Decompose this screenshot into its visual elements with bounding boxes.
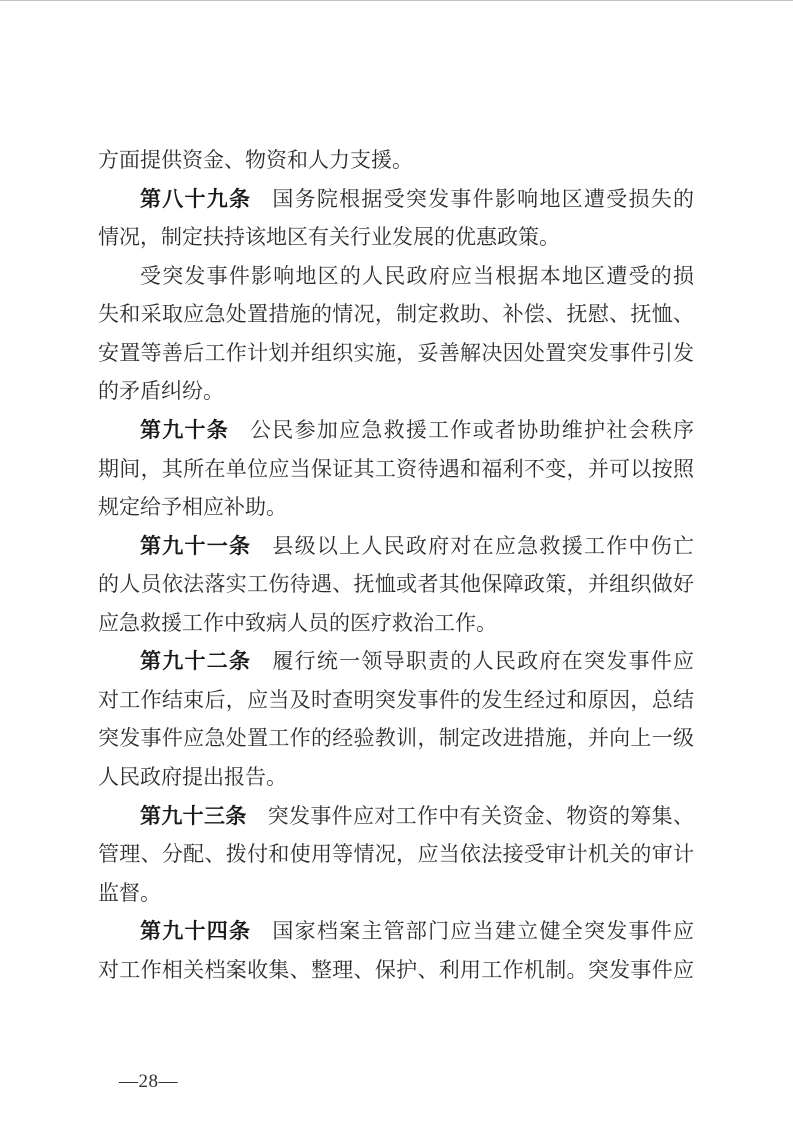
line-text: 方面提供资金、物资和人力支援。 — [98, 148, 413, 172]
text-line: 失和采取应急处置措施的情况，制定救助、补偿、抚慰、抚恤、 — [98, 295, 694, 334]
line-text: 国家档案主管部门应当建立健全突发事件应 — [272, 919, 694, 943]
text-line: 的人员依法落实工伤待遇、抚恤或者其他保障政策，并组织做好 — [98, 565, 694, 604]
line-text: 受突发事件影响地区的人民政府应当根据本地区遭受的损 — [140, 264, 694, 288]
line-text: 规定给予相应补助。 — [98, 495, 287, 519]
text-line: 第九十一条县级以上人民政府对在应急救援工作中伤亡 — [98, 527, 694, 566]
line-text: 履行统一领导职责的人民政府在突发事件应 — [272, 649, 694, 673]
line-text: 监督。 — [98, 881, 161, 905]
text-line: 受突发事件影响地区的人民政府应当根据本地区遭受的损 — [98, 257, 694, 296]
text-line: 第九十四条国家档案主管部门应当建立健全突发事件应 — [98, 912, 694, 951]
article-number: 第九十一条 — [140, 534, 251, 558]
text-line: 第八十九条国务院根据受突发事件影响地区遭受损失的 — [98, 180, 694, 219]
line-text: 的矛盾纠纷。 — [98, 379, 224, 403]
text-line: 第九十条公民参加应急救援工作或者协助维护社会秩序 — [98, 411, 694, 450]
line-text: 管理、分配、拨付和使用等情况，应当依法接受审计机关的审计 — [98, 842, 694, 866]
text-line: 第九十二条履行统一领导职责的人民政府在突发事件应 — [98, 642, 694, 681]
line-text: 对工作结束后，应当及时查明突发事件的发生经过和原因，总结 — [98, 688, 694, 712]
line-text: 人民政府提出报告。 — [98, 765, 287, 789]
page-number: —28— — [119, 1071, 178, 1093]
page-top-edge — [0, 0, 793, 1]
text-line: 规定给予相应补助。 — [98, 488, 694, 527]
line-text: 对工作相关档案收集、整理、保护、利用工作机制。突发事件应 — [98, 958, 694, 982]
document-page: 方面提供资金、物资和人力支援。 第八十九条国务院根据受突发事件影响地区遭受损失的… — [0, 0, 793, 1122]
text-line: 管理、分配、拨付和使用等情况，应当依法接受审计机关的审计 — [98, 835, 694, 874]
text-line: 监督。 — [98, 874, 694, 913]
line-text: 安置等善后工作计划并组织实施，妥善解决因处置突发事件引发 — [98, 341, 694, 365]
article-number: 第八十九条 — [140, 187, 251, 211]
article-number: 第九十条 — [140, 418, 229, 442]
text-line: 应急救援工作中致病人员的医疗救治工作。 — [98, 604, 694, 643]
text-line: 方面提供资金、物资和人力支援。 — [98, 141, 694, 180]
line-text: 公民参加应急救援工作或者协助维护社会秩序 — [250, 418, 694, 442]
article-number: 第九十三条 — [140, 804, 247, 828]
line-text: 应急救援工作中致病人员的医疗救治工作。 — [98, 611, 497, 635]
text-line: 人民政府提出报告。 — [98, 758, 694, 797]
line-text: 失和采取应急处置措施的情况，制定救助、补偿、抚慰、抚恤、 — [98, 302, 694, 326]
article-number: 第九十二条 — [140, 649, 251, 673]
text-line: 对工作相关档案收集、整理、保护、利用工作机制。突发事件应 — [98, 951, 694, 990]
text-line: 期间，其所在单位应当保证其工资待遇和福利不变，并可以按照 — [98, 450, 694, 489]
line-text: 情况，制定扶持该地区有关行业发展的优惠政策。 — [98, 225, 560, 249]
line-text: 突发事件应对工作中有关资金、物资的筹集、 — [268, 804, 694, 828]
line-text: 期间，其所在单位应当保证其工资待遇和福利不变，并可以按照 — [98, 457, 694, 481]
text-line: 情况，制定扶持该地区有关行业发展的优惠政策。 — [98, 218, 694, 257]
text-line: 安置等善后工作计划并组织实施，妥善解决因处置突发事件引发 — [98, 334, 694, 373]
line-text: 国务院根据受突发事件影响地区遭受损失的 — [272, 187, 694, 211]
text-line: 的矛盾纠纷。 — [98, 372, 694, 411]
text-line: 对工作结束后，应当及时查明突发事件的发生经过和原因，总结 — [98, 681, 694, 720]
text-line: 突发事件应急处置工作的经验教训，制定改进措施，并向上一级 — [98, 719, 694, 758]
article-number: 第九十四条 — [140, 919, 251, 943]
line-text: 县级以上人民政府对在应急救援工作中伤亡 — [272, 534, 694, 558]
document-body: 方面提供资金、物资和人力支援。 第八十九条国务院根据受突发事件影响地区遭受损失的… — [98, 141, 694, 989]
line-text: 突发事件应急处置工作的经验教训，制定改进措施，并向上一级 — [98, 726, 694, 750]
text-line: 第九十三条突发事件应对工作中有关资金、物资的筹集、 — [98, 797, 694, 836]
line-text: 的人员依法落实工伤待遇、抚恤或者其他保障政策，并组织做好 — [98, 572, 694, 596]
